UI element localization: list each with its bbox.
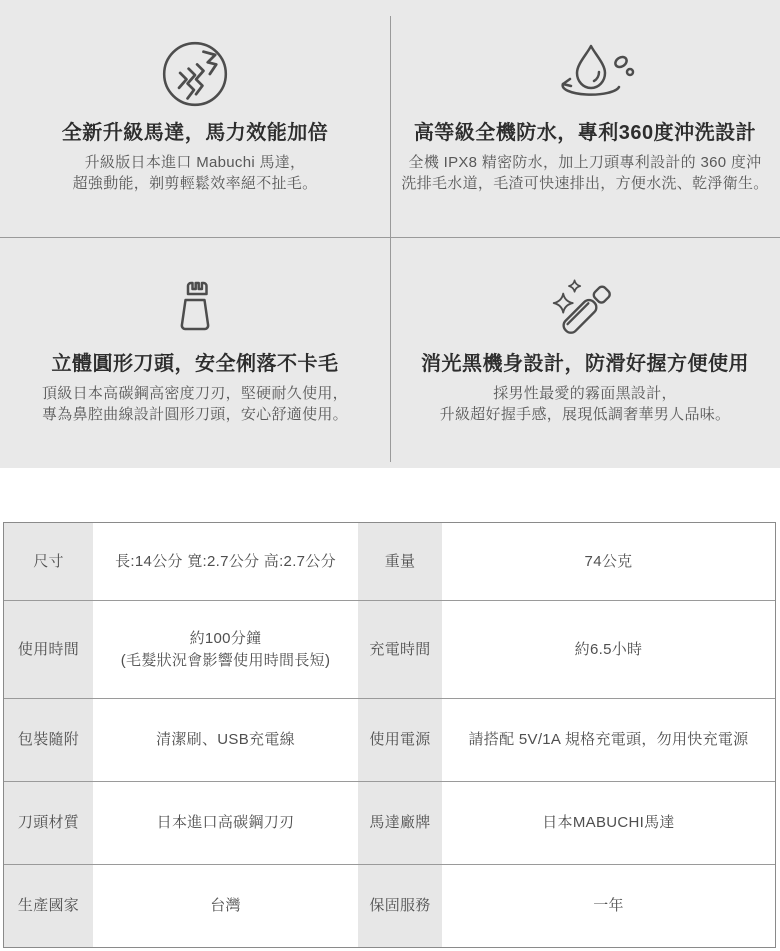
spec-row-size-weight: 尺寸 長:14公分 寬:2.7公分 高:2.7公分 重量 74公克 (4, 523, 775, 600)
spec-row-blade-motor-brand: 刀頭材質 日本進口高碳鋼刀刃 馬達廠牌 日本MABUCHI馬達 (4, 781, 775, 864)
feature-title: 消光黑機身設計，防滑好握方便使用 (421, 352, 749, 376)
spec-row-country-warranty: 生產國家 台灣 保固服務 一年 (4, 864, 775, 947)
motor-logo-icon (161, 38, 229, 110)
spec-label: 重量 (358, 523, 442, 600)
spec-label: 使用電源 (358, 699, 442, 781)
feature-body: 採男性最愛的霧面黑設計， 升級超好握手感，展現低調奢華男人品味。 (440, 383, 731, 425)
spec-value: 請搭配 5V/1A 規格充電頭，勿用快充電源 (442, 699, 775, 781)
feature-body: 升級版日本進口 Mabuchi 馬達， 超強動能，剃剪輕鬆效率絕不扯毛。 (73, 152, 318, 194)
feature-matte-body: 消光黑機身設計，防滑好握方便使用 採男性最愛的霧面黑設計， 升級超好握手感，展現… (390, 237, 780, 468)
spec-label: 刀頭材質 (4, 782, 93, 864)
spec-table: 尺寸 長:14公分 寬:2.7公分 高:2.7公分 重量 74公克 使用時間 約… (3, 522, 776, 948)
feature-body: 全機 IPX8 精密防水，加上刀頭專利設計的 360 度沖 洗排毛水道，毛渣可快… (401, 152, 768, 194)
feature-body: 頂級日本高碳鋼高密度刀刃，堅硬耐久使用， 專為鼻腔曲線設計圓形刀頭，安心舒適使用… (42, 383, 348, 425)
spec-value: 清潔刷、USB充電線 (93, 699, 358, 781)
spec-value: 日本進口高碳鋼刀刃 (93, 782, 358, 864)
waterdrop-rinse-icon (535, 38, 635, 110)
spec-row-usage-charge-time: 使用時間 約100分鐘 (毛髮狀況會影響使用時間長短) 充電時間 約6.5小時 (4, 600, 775, 698)
spec-row-accessories-power: 包裝隨附 清潔刷、USB充電線 使用電源 請搭配 5V/1A 規格充電頭，勿用快… (4, 698, 775, 781)
spec-value: 一年 (442, 865, 775, 947)
spec-label: 保固服務 (358, 865, 442, 947)
spec-value: 約100分鐘 (毛髮狀況會影響使用時間長短) (93, 601, 358, 698)
spec-value: 日本MABUCHI馬達 (442, 782, 775, 864)
spec-value: 74公克 (442, 523, 775, 600)
blade-head-icon (163, 269, 227, 341)
feature-title: 立體圓形刀頭，安全俐落不卡毛 (52, 352, 339, 376)
feature-motor: 全新升級馬達，馬力效能加倍 升級版日本進口 Mabuchi 馬達， 超強動能，剃… (0, 0, 390, 237)
horizontal-divider (0, 237, 780, 238)
spec-label: 生產國家 (4, 865, 93, 947)
vertical-divider (390, 16, 391, 462)
spec-value: 台灣 (93, 865, 358, 947)
matte-device-sparkle-icon (545, 269, 625, 341)
spec-label: 充電時間 (358, 601, 442, 698)
spec-label: 使用時間 (4, 601, 93, 698)
feature-blade: 立體圓形刀頭，安全俐落不卡毛 頂級日本高碳鋼高密度刀刃，堅硬耐久使用， 專為鼻腔… (0, 237, 390, 468)
spec-value: 長:14公分 寬:2.7公分 高:2.7公分 (93, 523, 358, 600)
spec-label: 包裝隨附 (4, 699, 93, 781)
spec-label: 尺寸 (4, 523, 93, 600)
feature-title: 高等級全機防水，專利360度沖洗設計 (414, 121, 756, 145)
feature-title: 全新升級馬達，馬力效能加倍 (62, 121, 329, 145)
feature-waterproof: 高等級全機防水，專利360度沖洗設計 全機 IPX8 精密防水，加上刀頭專利設計… (390, 0, 780, 237)
spec-value: 約6.5小時 (442, 601, 775, 698)
spec-label: 馬達廠牌 (358, 782, 442, 864)
feature-section: 全新升級馬達，馬力效能加倍 升級版日本進口 Mabuchi 馬達， 超強動能，剃… (0, 0, 780, 468)
